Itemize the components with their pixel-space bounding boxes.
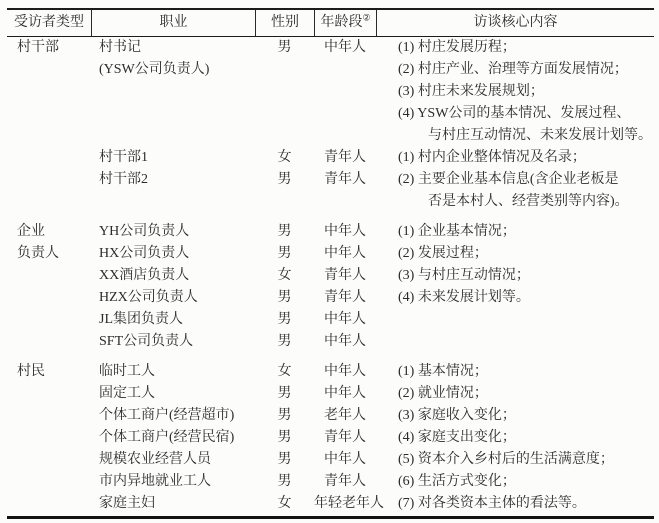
- cell-interview-content: (3) 与村庄互动情况；: [376, 265, 654, 287]
- cell-gender: [255, 81, 314, 103]
- cell-age-group: 老年人: [314, 405, 376, 427]
- table-row: 企业YH公司负责人男中年人(1) 企业基本情况；: [7, 221, 654, 243]
- cell-gender: 男: [255, 427, 314, 449]
- cell-occupation: 个体工商户(经营超市): [91, 405, 255, 427]
- cell-occupation: [91, 191, 255, 213]
- cell-interviewee-type: [7, 471, 91, 493]
- paper-page: 受访者类型 职业 性别 年龄段② 访谈核心内容 村干部村书记男中年人(1) 村庄…: [0, 0, 659, 523]
- cell-interview-content: (1) 村庄发展历程；: [376, 37, 654, 59]
- table-row: HZX公司负责人男青年人(4) 未来发展计划等。: [7, 287, 654, 309]
- cell-gender: 男: [255, 383, 314, 405]
- cell-occupation: 临时工人: [91, 361, 255, 383]
- header-interview-content: 访谈核心内容: [376, 10, 654, 36]
- cell-gender: [255, 191, 314, 213]
- cell-occupation: YH公司负责人: [91, 221, 255, 243]
- cell-gender: 男: [255, 287, 314, 309]
- header-age-group: 年龄段②: [314, 10, 376, 36]
- cell-interviewee-type: [7, 169, 91, 191]
- cell-occupation: SFT公司负责人: [91, 331, 255, 353]
- table-bottom-rule: [7, 516, 654, 519]
- header-interviewee-type: 受访者类型: [7, 10, 91, 36]
- table-row: JL集团负责人男中年人: [7, 309, 654, 331]
- header-age-group-label: 年龄段: [320, 15, 362, 30]
- cell-occupation: 规模农业经营人员: [91, 449, 255, 471]
- cell-gender: [255, 59, 314, 81]
- cell-age-group: [314, 125, 376, 147]
- table-row: (3) 村庄未来发展规划；: [7, 81, 654, 103]
- table-row: 村干部2男青年人(2) 主要企业基本信息(含企业老板是: [7, 169, 654, 191]
- cell-interviewee-type: 企业: [7, 221, 91, 243]
- cell-interviewee-type: 村民: [7, 361, 91, 383]
- table-row: 固定工人男中年人(2) 就业情况；: [7, 383, 654, 405]
- cell-gender: 男: [255, 449, 314, 471]
- cell-age-group: [314, 103, 376, 125]
- section-gap: [7, 353, 654, 361]
- table-row: 村干部村书记男中年人(1) 村庄发展历程；: [7, 37, 654, 59]
- cell-age-group: 中年人: [314, 361, 376, 383]
- cell-interview-content: (2) 就业情况；: [376, 383, 654, 405]
- cell-interview-content: (1) 基本情况；: [376, 361, 654, 383]
- cell-occupation: (YSW公司负责人): [91, 59, 255, 81]
- cell-gender: 男: [255, 243, 314, 265]
- cell-interview-content: 与村庄互动情况、未来发展计划等。: [376, 125, 654, 147]
- cell-interview-content: (2) 村庄产业、治理等方面发展情况；: [376, 59, 654, 81]
- cell-occupation: 村书记: [91, 37, 255, 59]
- cell-occupation: 家庭主妇: [91, 493, 255, 515]
- cell-age-group: 年轻老年人: [314, 493, 376, 515]
- cell-age-group: 中年人: [314, 221, 376, 243]
- cell-occupation: JL集团负责人: [91, 309, 255, 331]
- cell-gender: 男: [255, 331, 314, 353]
- cell-gender: 男: [255, 221, 314, 243]
- cell-age-group: [314, 81, 376, 103]
- table-row: 负责人HX公司负责人男中年人(2) 发展过程；: [7, 243, 654, 265]
- cell-interview-content: (1) 企业基本情况；: [376, 221, 654, 243]
- cell-occupation: XX酒店负责人: [91, 265, 255, 287]
- table-body: 村干部村书记男中年人(1) 村庄发展历程；(YSW公司负责人)(2) 村庄产业、…: [7, 37, 654, 515]
- cell-gender: [255, 125, 314, 147]
- cell-interviewee-type: [7, 265, 91, 287]
- cell-gender: 男: [255, 405, 314, 427]
- cell-gender: 女: [255, 147, 314, 169]
- cell-gender: 男: [255, 169, 314, 191]
- header-gender: 性别: [255, 10, 314, 36]
- cell-interview-content: [376, 331, 654, 353]
- cell-interview-content: [376, 309, 654, 331]
- table-row: 村干部1女青年人(1) 村内企业整体情况及名录；: [7, 147, 654, 169]
- cell-age-group: 中年人: [314, 449, 376, 471]
- cell-gender: 女: [255, 361, 314, 383]
- cell-gender: 男: [255, 471, 314, 493]
- cell-interviewee-type: [7, 125, 91, 147]
- cell-interviewee-type: [7, 427, 91, 449]
- cell-age-group: 中年人: [314, 383, 376, 405]
- cell-interview-content: (2) 发展过程；: [376, 243, 654, 265]
- cell-interview-content: (2) 主要企业基本信息(含企业老板是: [376, 169, 654, 191]
- cell-interview-content: (6) 生活方式变化；: [376, 471, 654, 493]
- cell-interview-content: 否是本村人、经营类别等内容)。: [376, 191, 654, 213]
- cell-interview-content: (4) YSW公司的基本情况、发展过程、: [376, 103, 654, 125]
- cell-gender: 男: [255, 309, 314, 331]
- header-occupation: 职业: [91, 10, 255, 36]
- cell-interviewee-type: [7, 147, 91, 169]
- cell-age-group: 青年人: [314, 287, 376, 309]
- cell-age-group: 中年人: [314, 331, 376, 353]
- cell-gender: 女: [255, 265, 314, 287]
- table-row: 规模农业经营人员男中年人(5) 资本介入乡村后的生活满意度；: [7, 449, 654, 471]
- cell-interviewee-type: [7, 59, 91, 81]
- table-row: SFT公司负责人男中年人: [7, 331, 654, 353]
- table-row: 个体工商户(经营民宿)男青年人(4) 家庭支出变化；: [7, 427, 654, 449]
- cell-occupation: 村干部2: [91, 169, 255, 191]
- table-row: XX酒店负责人女青年人(3) 与村庄互动情况；: [7, 265, 654, 287]
- interviewee-table: 受访者类型 职业 性别 年龄段② 访谈核心内容 村干部村书记男中年人(1) 村庄…: [7, 8, 654, 519]
- cell-interview-content: (3) 家庭收入变化；: [376, 405, 654, 427]
- cell-age-group: 青年人: [314, 471, 376, 493]
- table-row: 个体工商户(经营超市)男老年人(3) 家庭收入变化；: [7, 405, 654, 427]
- cell-occupation: HX公司负责人: [91, 243, 255, 265]
- cell-interviewee-type: [7, 309, 91, 331]
- cell-age-group: 中年人: [314, 243, 376, 265]
- cell-interviewee-type: [7, 287, 91, 309]
- cell-occupation: HZX公司负责人: [91, 287, 255, 309]
- cell-interview-content: (4) 未来发展计划等。: [376, 287, 654, 309]
- cell-occupation: 个体工商户(经营民宿): [91, 427, 255, 449]
- cell-age-group: [314, 59, 376, 81]
- cell-interviewee-type: [7, 405, 91, 427]
- cell-occupation: [91, 103, 255, 125]
- cell-interviewee-type: [7, 383, 91, 405]
- cell-interview-content: (5) 资本介入乡村后的生活满意度；: [376, 449, 654, 471]
- cell-occupation: [91, 81, 255, 103]
- section-gap: [7, 213, 654, 221]
- cell-age-group: 中年人: [314, 37, 376, 59]
- cell-occupation: 市内异地就业工人: [91, 471, 255, 493]
- cell-interview-content: (4) 家庭支出变化；: [376, 427, 654, 449]
- cell-gender: 男: [255, 37, 314, 59]
- table-row: 与村庄互动情况、未来发展计划等。: [7, 125, 654, 147]
- table-row: 村民临时工人女中年人(1) 基本情况；: [7, 361, 654, 383]
- cell-interviewee-type: 负责人: [7, 243, 91, 265]
- cell-interview-content: (3) 村庄未来发展规划；: [376, 81, 654, 103]
- table-row: 否是本村人、经营类别等内容)。: [7, 191, 654, 213]
- cell-occupation: 村干部1: [91, 147, 255, 169]
- cell-age-group: 青年人: [314, 265, 376, 287]
- table-row: 市内异地就业工人男青年人(6) 生活方式变化；: [7, 471, 654, 493]
- cell-occupation: 固定工人: [91, 383, 255, 405]
- cell-interviewee-type: [7, 331, 91, 353]
- table-row: (YSW公司负责人)(2) 村庄产业、治理等方面发展情况；: [7, 59, 654, 81]
- cell-occupation: [91, 125, 255, 147]
- cell-age-group: 青年人: [314, 169, 376, 191]
- cell-interviewee-type: [7, 449, 91, 471]
- cell-gender: 女: [255, 493, 314, 515]
- cell-interviewee-type: [7, 81, 91, 103]
- cell-age-group: 青年人: [314, 147, 376, 169]
- cell-age-group: [314, 191, 376, 213]
- footnote-marker: ②: [362, 12, 370, 22]
- cell-interviewee-type: [7, 191, 91, 213]
- cell-interview-content: (7) 对各类资本主体的看法等。: [376, 493, 654, 515]
- cell-age-group: 青年人: [314, 427, 376, 449]
- cell-interviewee-type: [7, 103, 91, 125]
- cell-age-group: 中年人: [314, 309, 376, 331]
- cell-interview-content: (1) 村内企业整体情况及名录；: [376, 147, 654, 169]
- table-header-row: 受访者类型 职业 性别 年龄段② 访谈核心内容: [7, 8, 654, 37]
- cell-interviewee-type: 村干部: [7, 37, 91, 59]
- cell-gender: [255, 103, 314, 125]
- table-row: 家庭主妇女年轻老年人(7) 对各类资本主体的看法等。: [7, 493, 654, 515]
- table-row: (4) YSW公司的基本情况、发展过程、: [7, 103, 654, 125]
- cell-interviewee-type: [7, 493, 91, 515]
